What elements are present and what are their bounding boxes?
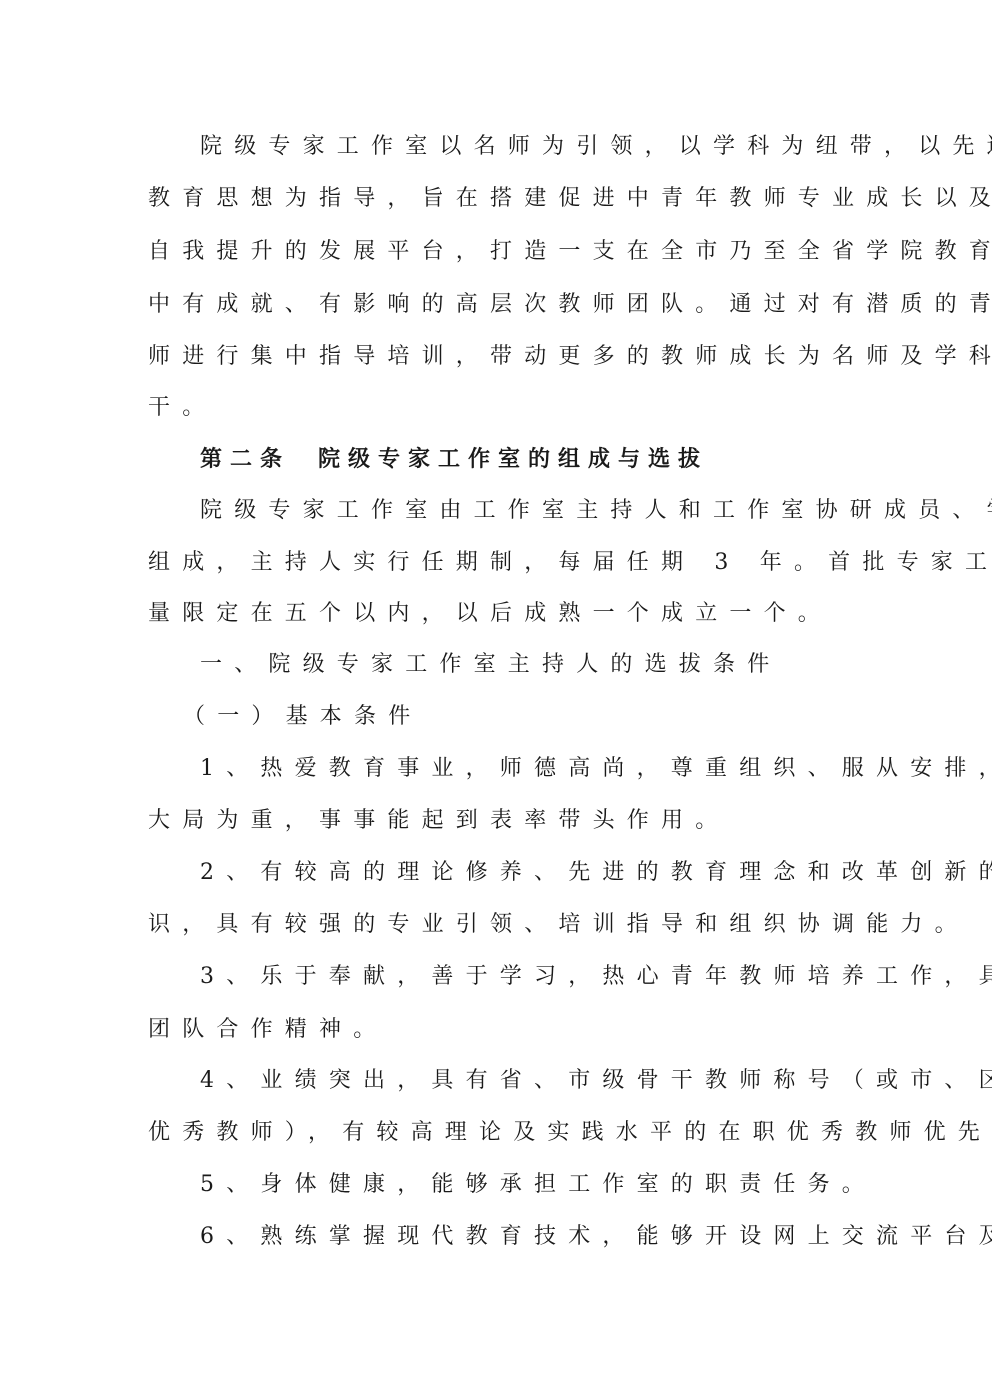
condition-4-line-2: 优秀教师），有较高理论及实践水平的在职优秀教师优先。 [148, 1113, 848, 1153]
condition-5-line-1: 5、身体健康，能够承担工作室的职责任务。 [200, 1165, 900, 1205]
paragraph-2-line-1: 院级专家工作室由工作室主持人和工作室协研成员、学员 [200, 491, 900, 531]
section-heading: 一、院级专家工作室主持人的选拔条件 [200, 645, 900, 685]
paragraph-1-line-4: 中有成就、有影响的高层次教师团队。通过对有潜质的青年教 [148, 285, 848, 325]
condition-4-line-1: 4、业绩突出，具有省、市级骨干教师称号（或市、区级 [200, 1061, 900, 1101]
condition-2-line-2: 识，具有较强的专业引领、培训指导和组织协调能力。 [148, 905, 848, 945]
article-title: 院级专家工作室的组成与选拔 [318, 447, 708, 472]
subsection-heading: （一）基本条件 [183, 697, 883, 737]
condition-1-line-2: 大局为重，事事能起到表率带头作用。 [148, 801, 848, 841]
paragraph-1-line-5: 师进行集中指导培训，带动更多的教师成长为名师及学科骨 [148, 337, 848, 377]
condition-6-line-1: 6、熟练掌握现代教育技术，能够开设网上交流平台及相 [200, 1217, 900, 1257]
paragraph-1-line-3: 自我提升的发展平台，打造一支在全市乃至全省学院教育领域 [148, 232, 848, 272]
paragraph-1-line-1: 院级专家工作室以名师为引领，以学科为纽带，以先进的 [200, 127, 900, 167]
article-number: 第二条 [200, 447, 290, 472]
condition-1-line-1: 1、热爱教育事业，师德高尚，尊重组织、服从安排，以 [200, 749, 900, 789]
paragraph-1-line-2: 教育思想为指导，旨在搭建促进中青年教师专业成长以及名师 [148, 179, 848, 219]
condition-3-line-2: 团队合作精神。 [148, 1010, 848, 1050]
paragraph-2-line-2: 组成，主持人实行任期制，每届任期 3 年。首批专家工作室数 [148, 543, 848, 583]
condition-3-line-1: 3、乐于奉献，善于学习，热心青年教师培养工作，具有 [200, 957, 900, 997]
paragraph-1-line-6: 干。 [148, 388, 848, 428]
paragraph-2-line-3: 量限定在五个以内，以后成熟一个成立一个。 [148, 594, 848, 634]
condition-2-line-1: 2、有较高的理论修养、先进的教育理念和改革创新的意 [200, 853, 900, 893]
article-heading: 第二条院级专家工作室的组成与选拔 [200, 440, 900, 480]
document-page: 院级专家工作室以名师为引领，以学科为纽带，以先进的 教育思想为指导，旨在搭建促进… [0, 0, 992, 1398]
